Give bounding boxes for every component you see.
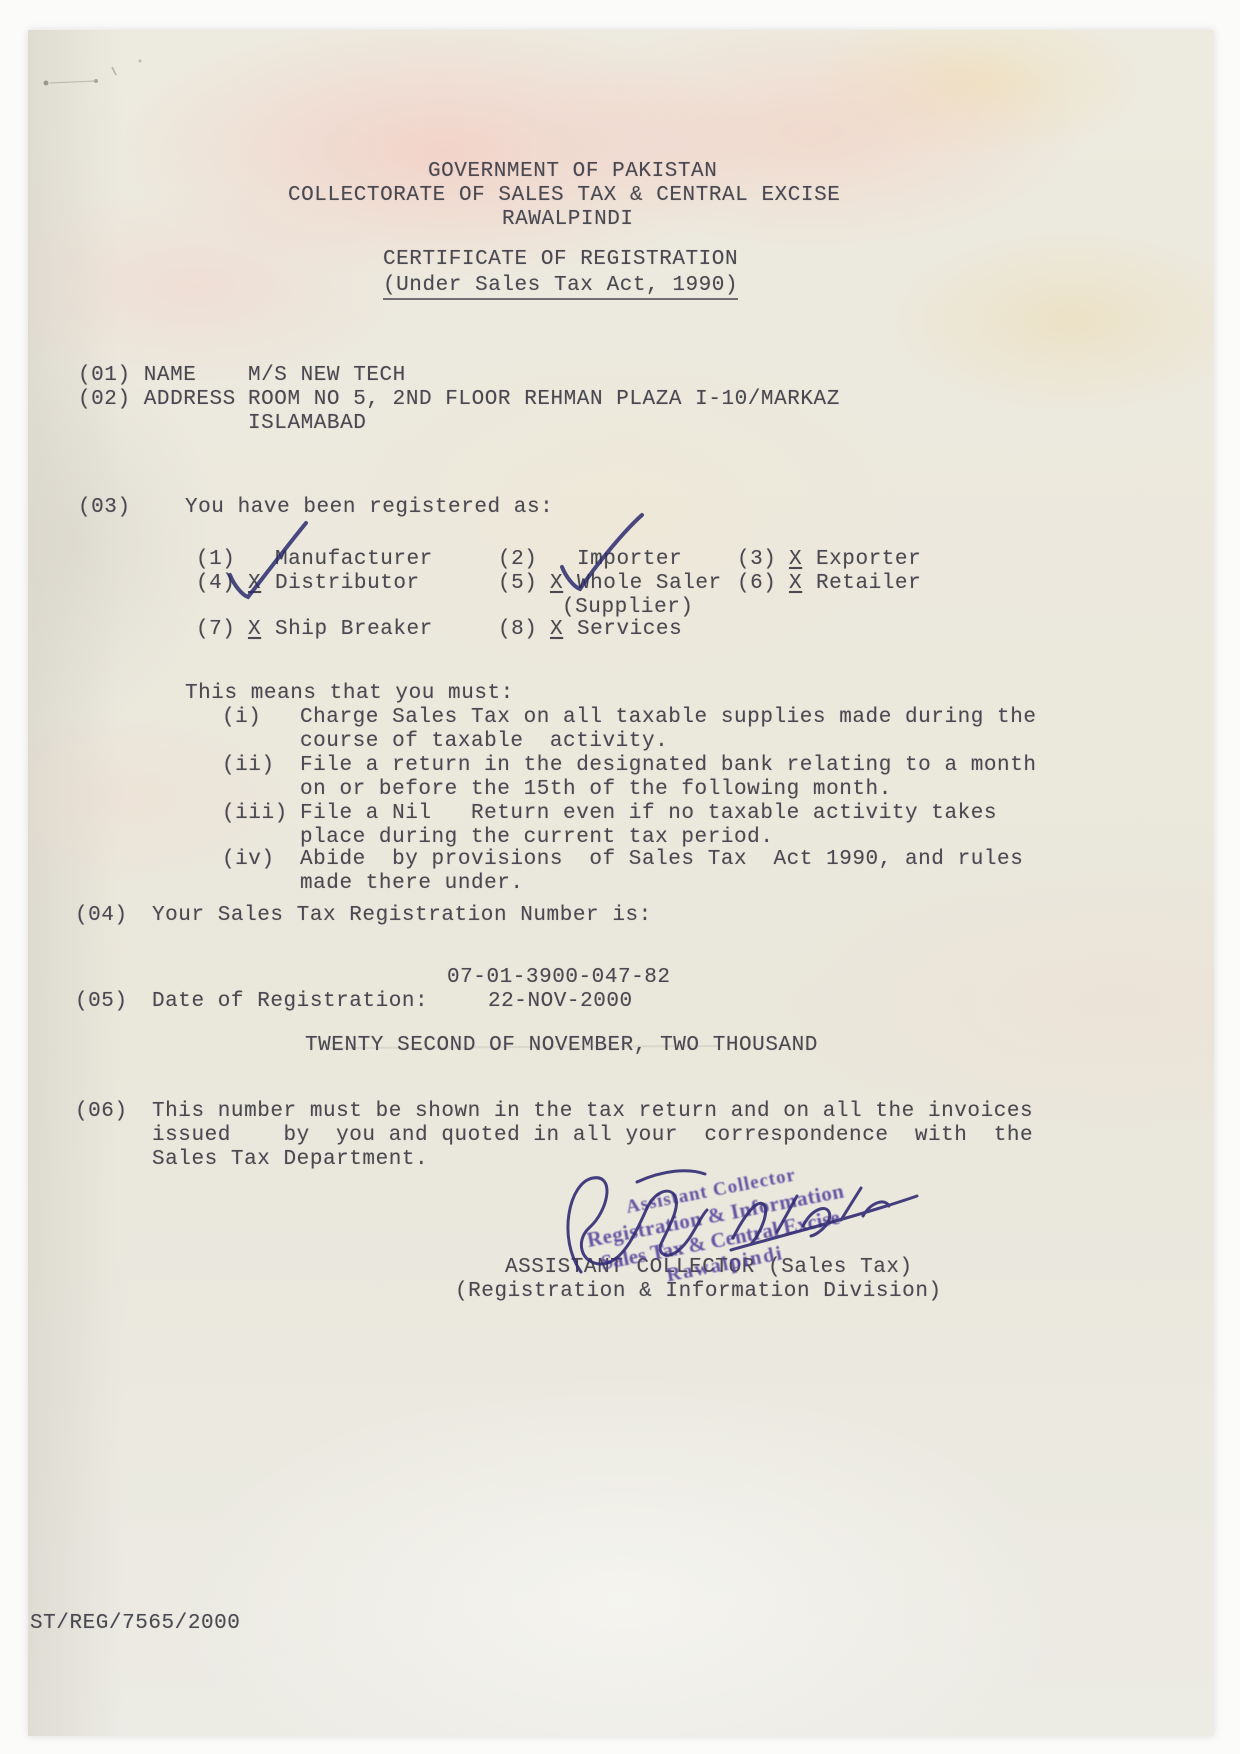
field-01-label: (01) NAME (78, 364, 196, 388)
item-05-label: Date of Registration: (152, 990, 428, 1014)
reference-number: ST/REG/7565/2000 (30, 1612, 240, 1636)
obligation-line1: Charge Sales Tax on all taxable supplies… (300, 706, 1037, 729)
category-label: Exporter (816, 548, 921, 572)
obligation-number: (iii) (222, 802, 300, 850)
checkmark-manufacturer (230, 523, 306, 597)
category-number: (6) (737, 572, 789, 596)
obligation-line2: place during the current tax period. (300, 826, 773, 849)
category-mark: X (789, 548, 816, 572)
category-label: Retailer (816, 572, 921, 596)
pen-checkmarks (200, 495, 680, 625)
obligation-line1: Abide by provisions of Sales Tax Act 199… (300, 848, 1023, 871)
obligation-item-ii: (ii) File a return in the designated ban… (222, 754, 1037, 802)
header-line-2: COLLECTORATE OF SALES TAX & CENTRAL EXCI… (288, 184, 840, 208)
obligation-line1: File a return in the designated bank rel… (300, 754, 1037, 777)
obligations-intro: This means that you must: (185, 682, 514, 706)
obligation-line2: made there under. (300, 872, 524, 895)
obligation-item-i: (i) Charge Sales Tax on all taxable supp… (222, 706, 1037, 754)
item-03-number: (03) (78, 496, 131, 520)
signature (545, 1152, 935, 1302)
field-01-value: M/S NEW TECH (248, 364, 406, 388)
obligation-number: (i) (222, 706, 300, 754)
obligation-item-iii: (iii) File a Nil Return even if no taxab… (222, 802, 997, 850)
item-06-line2: issued by you and quoted in all your cor… (152, 1124, 1033, 1148)
item-04-text: Your Sales Tax Registration Number is: (152, 904, 652, 928)
category-number: (3) (737, 548, 789, 572)
obligation-line1: File a Nil Return even if no taxable act… (300, 802, 997, 825)
certificate-title: CERTIFICATE OF REGISTRATION (383, 248, 738, 272)
item-06-line3: Sales Tax Department. (152, 1148, 428, 1172)
header-line-1: GOVERNMENT OF PAKISTAN (428, 160, 717, 184)
header-line-3: RAWALPINDI (502, 208, 634, 232)
obligation-number: (ii) (222, 754, 300, 802)
scanned-certificate-page: GOVERNMENT OF PAKISTAN COLLECTORATE OF S… (0, 0, 1240, 1754)
category-retailer: (6) X Retailer (737, 572, 921, 596)
obligation-line2: course of taxable activity. (300, 730, 668, 753)
checkmark-importer (562, 515, 642, 589)
certificate-subtitle: (Under Sales Tax Act, 1990) (383, 274, 738, 300)
item-04-number: (04) (75, 904, 128, 928)
obligation-item-iv: (iv) Abide by provisions of Sales Tax Ac… (222, 848, 1023, 896)
category-exporter: (3) X Exporter (737, 548, 921, 572)
field-02-value-line1: ROOM NO 5, 2ND FLOOR REHMAN PLAZA I-10/M… (248, 388, 840, 412)
item-05-number: (05) (75, 990, 128, 1014)
registration-date-words: TWENTY SECOND OF NOVEMBER, TWO THOUSAND (305, 1034, 818, 1058)
field-02-value-line2: ISLAMABAD (248, 412, 366, 436)
pencil-marks (36, 55, 176, 100)
field-02-label: (02) ADDRESS (78, 388, 236, 412)
item-06-number: (06) (75, 1100, 128, 1124)
registration-date-value: 22-NOV-2000 (488, 990, 633, 1014)
item-06-line1: This number must be shown in the tax ret… (152, 1100, 1033, 1124)
registration-number-value: 07-01-3900-047-82 (447, 966, 671, 990)
obligation-line2: on or before the 15th of the following m… (300, 778, 892, 801)
obligation-number: (iv) (222, 848, 300, 896)
category-mark: X (789, 572, 816, 596)
